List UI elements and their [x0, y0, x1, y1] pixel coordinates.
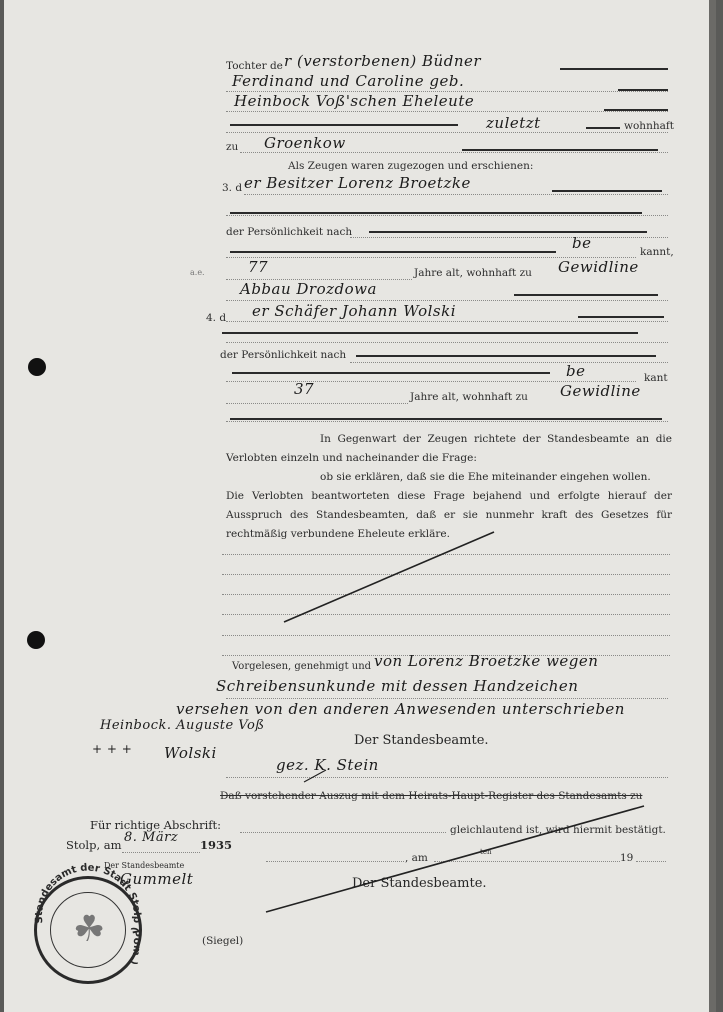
- document-page: Tochter de r (verstorbenen) Büdner Ferdi…: [4, 0, 716, 1012]
- seal-text: Standesamt der Stadt Stolp (Pom.): [34, 862, 142, 966]
- seal-text-ring: Standesamt der Stadt Stolp (Pom.): [4, 0, 716, 1012]
- svg-text:Standesamt der Stadt Stolp (Po: Standesamt der Stadt Stolp (Pom.): [34, 862, 142, 966]
